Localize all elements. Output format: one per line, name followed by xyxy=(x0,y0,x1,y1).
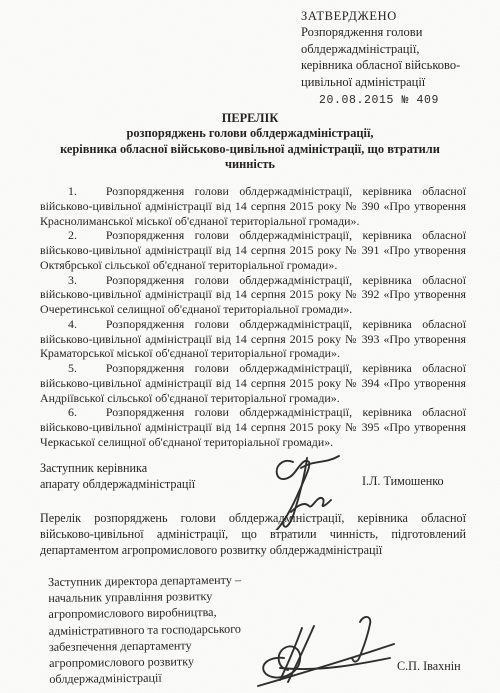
signer-name: С.П. Івахнін xyxy=(397,658,461,674)
approval-line: керівника обласної військово- xyxy=(301,57,493,73)
approval-line: цивільної адміністрації xyxy=(301,74,493,90)
orders-list: 1.Розпорядження голови облдержадміністра… xyxy=(40,184,466,450)
approval-line: Розпорядження голови xyxy=(301,24,493,40)
item-number: 1. xyxy=(68,184,77,198)
approval-line: облдержадміністрації, xyxy=(301,41,493,57)
list-item: 5.Розпорядження голови облдержадміністра… xyxy=(40,361,466,405)
item-number: 3. xyxy=(68,273,77,287)
item-text: Розпорядження голови облдержадміністраці… xyxy=(40,317,466,361)
list-item: 2.Розпорядження голови облдержадміністра… xyxy=(40,228,466,272)
title-line: ПЕРЕЛІК xyxy=(0,111,500,126)
item-text: Розпорядження голови облдержадміністраці… xyxy=(40,228,466,272)
list-item: 3.Розпорядження голови облдержадміністра… xyxy=(40,273,466,317)
document-page: ЗАТВЕРДЖЕНО Розпорядження голови облдерж… xyxy=(0,0,500,693)
list-item: 6.Розпорядження голови облдержадміністра… xyxy=(40,405,466,449)
signature-block-ivakhnin: Заступник директора департаменту – начал… xyxy=(48,574,488,689)
title-line: чинність xyxy=(0,157,500,172)
title-line: керівника обласної військово-цивільної а… xyxy=(0,142,500,157)
item-number: 2. xyxy=(68,228,77,242)
approval-date-number: 20.08.2015 № 409 xyxy=(319,93,493,109)
item-number: 6. xyxy=(68,405,77,419)
approval-block: ЗАТВЕРДЖЕНО Розпорядження голови облдерж… xyxy=(301,8,493,109)
document-title: ПЕРЕЛІК розпоряджень голови облдержадмін… xyxy=(0,111,500,173)
item-text: Розпорядження голови облдержадміністраці… xyxy=(40,184,466,228)
item-text: Розпорядження голови облдержадміністраці… xyxy=(40,361,466,405)
title-line: розпоряджень голови облдержадміністрації… xyxy=(0,126,500,141)
footnote-paragraph: Перелік розпоряджень голови облдержадмін… xyxy=(40,511,466,559)
signer-name: І.Л. Тимошенко xyxy=(362,473,444,489)
item-text: Розпорядження голови облдержадміністраці… xyxy=(40,273,466,317)
item-text: Розпорядження голови облдержадміністраці… xyxy=(40,405,466,449)
item-number: 4. xyxy=(68,317,77,331)
list-item: 1.Розпорядження голови облдержадміністра… xyxy=(40,184,466,228)
item-number: 5. xyxy=(68,361,77,375)
approval-heading: ЗАТВЕРДЖЕНО xyxy=(301,8,493,24)
signature-ivakhnin-image xyxy=(250,606,400,691)
list-item: 4.Розпорядження голови облдержадміністра… xyxy=(40,317,466,361)
